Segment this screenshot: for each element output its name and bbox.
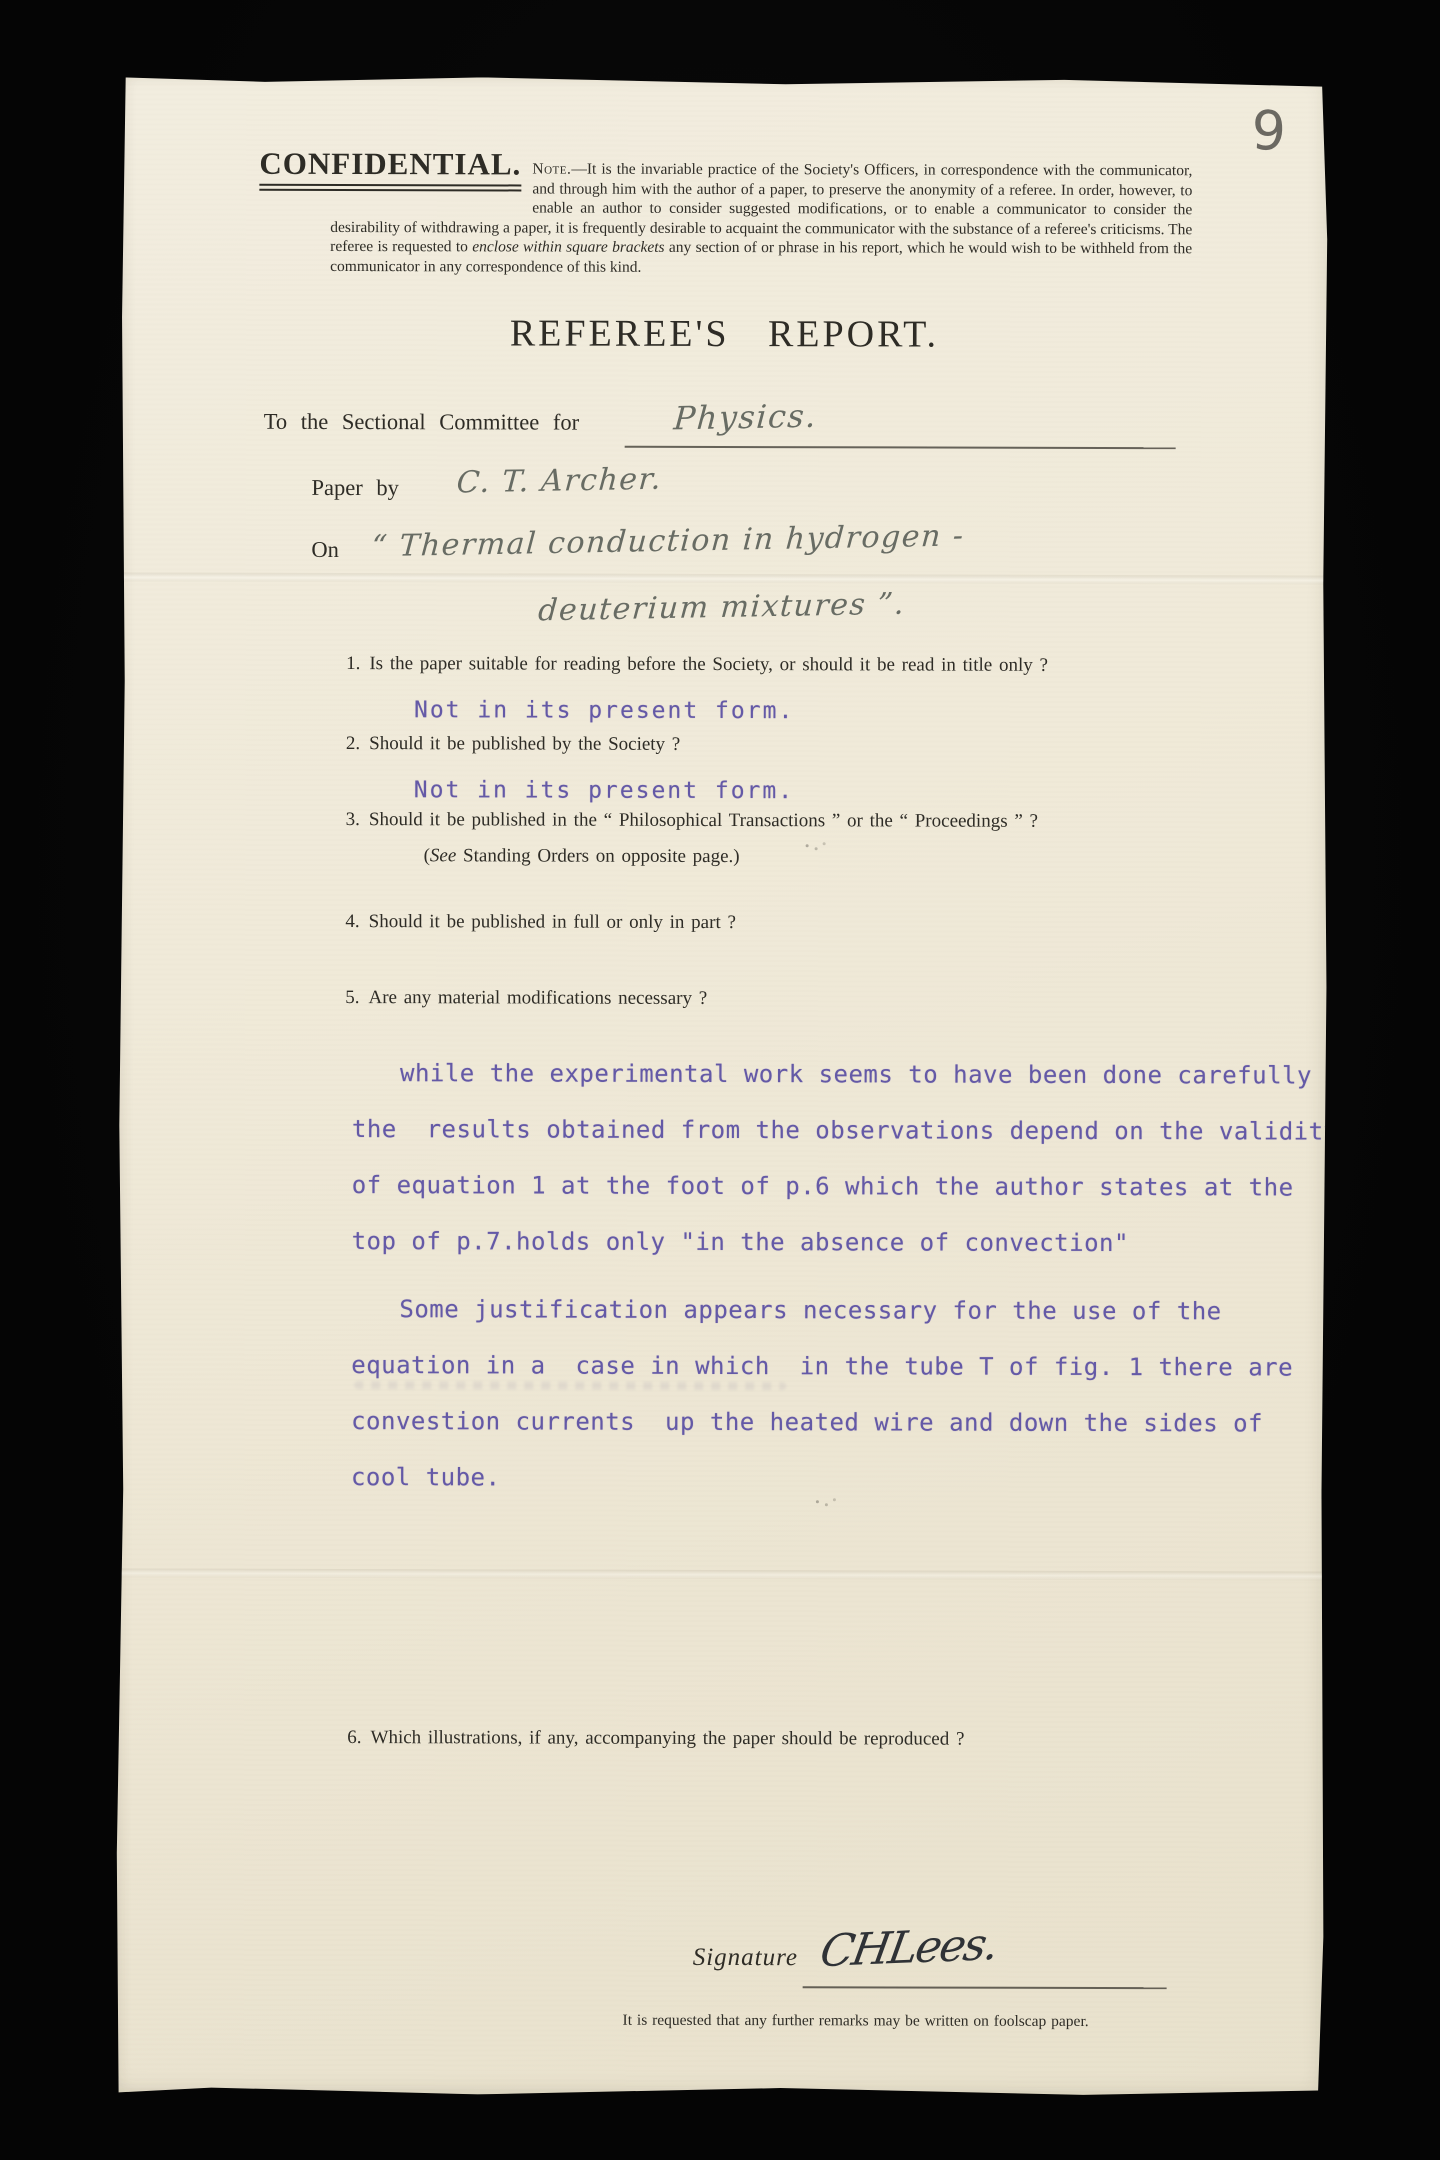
signature-rule bbox=[803, 1986, 1167, 1988]
committee-rule bbox=[625, 446, 1176, 449]
question-2-number: 2. bbox=[346, 733, 360, 754]
committee-label: To the Sectional Committee for bbox=[264, 409, 579, 436]
question-4: 4.Should it be published in full or only… bbox=[345, 911, 736, 934]
signature-label: Signature bbox=[693, 1944, 798, 1972]
question-3-number: 3. bbox=[346, 809, 360, 830]
paper-title-entry-line1: “ Thermal conduction in hydrogen - bbox=[370, 518, 965, 564]
typed-remark-line: top of p.7.holds only "in the absence of… bbox=[352, 1227, 1129, 1257]
question-2: 2.Should it be published by the Society … bbox=[346, 733, 680, 756]
question-6: 6.Which illustrations, if any, accompany… bbox=[347, 1727, 964, 1751]
on-label: On bbox=[311, 537, 339, 563]
page-number: 9 bbox=[1250, 99, 1287, 163]
question-5-text: Are any material modifications necessary… bbox=[368, 987, 707, 1009]
question-1-number: 1. bbox=[346, 653, 360, 674]
note-label: Note. bbox=[532, 160, 571, 177]
note-wrap-spacer bbox=[330, 159, 532, 204]
typed-remark-line: convestion currents up the heated wire a… bbox=[351, 1407, 1263, 1437]
question-3-note-rest: Standing Orders on opposite page.) bbox=[456, 845, 739, 867]
committee-entry: Physics. bbox=[672, 397, 818, 438]
typed-remark-line: the results obtained from the observatio… bbox=[352, 1115, 1339, 1146]
pencil-mark-lower bbox=[816, 1500, 819, 1503]
typed-remark-line: cool tube. bbox=[351, 1463, 501, 1491]
note-text-italic: enclose within square brackets bbox=[472, 239, 664, 257]
signature-entry: CHLees. bbox=[816, 1919, 1000, 1978]
note-dash: — bbox=[571, 161, 587, 178]
typed-remark-line: Some justification appears necessary for… bbox=[399, 1295, 1221, 1325]
fold-crease-upper bbox=[118, 572, 1329, 584]
confidential-note: Note.—It is the invariable practice of t… bbox=[330, 159, 1192, 279]
question-4-text: Should it be published in full or only i… bbox=[369, 911, 736, 933]
question-3-note: (See Standing Orders on opposite page.) bbox=[424, 845, 740, 868]
question-2-text: Should it be published by the Society ? bbox=[369, 733, 680, 755]
question-1-text: Is the paper suitable for reading before… bbox=[369, 653, 1048, 676]
report-title: REFEREE'S REPORT. bbox=[119, 310, 1330, 357]
question-4-number: 4. bbox=[345, 911, 359, 932]
paper-author-entry: C. T. Archer. bbox=[455, 462, 663, 501]
scan-background: 9 CONFIDENTIAL. Note.—It is the invariab… bbox=[0, 0, 1440, 2160]
question-6-text: Which illustrations, if any, accompanyin… bbox=[371, 1727, 965, 1750]
typed-remark-line: of equation 1 at the foot of p.6 which t… bbox=[352, 1171, 1294, 1201]
footer-note: It is requested that any further remarks… bbox=[623, 2012, 1089, 2031]
answer-1: Not in its present form. bbox=[414, 697, 794, 724]
answer-2: Not in its present form. bbox=[414, 777, 794, 804]
question-3-text: Should it be published in the “ Philosop… bbox=[369, 809, 1038, 832]
question-6-number: 6. bbox=[347, 1727, 361, 1748]
question-5-number: 5. bbox=[345, 987, 359, 1008]
pencil-mark-upper bbox=[806, 844, 809, 847]
typed-remark-line: equation in a case in which in the tube … bbox=[351, 1351, 1293, 1381]
document-page: 9 CONFIDENTIAL. Note.—It is the invariab… bbox=[114, 74, 1330, 2098]
fold-crease-lower bbox=[116, 1568, 1327, 1580]
question-5: 5.Are any material modifications necessa… bbox=[345, 987, 707, 1010]
paper-by-label: Paper by bbox=[312, 475, 399, 501]
paper-title-entry-line2: deuterium mixtures ”. bbox=[537, 587, 906, 629]
question-1: 1.Is the paper suitable for reading befo… bbox=[346, 653, 1048, 677]
question-3: 3.Should it be published in the “ Philos… bbox=[346, 809, 1038, 833]
erased-typing-smudge bbox=[354, 1381, 786, 1390]
typed-remark-line: while the experimental work seems to hav… bbox=[400, 1059, 1312, 1089]
question-3-note-see: See bbox=[430, 845, 456, 866]
